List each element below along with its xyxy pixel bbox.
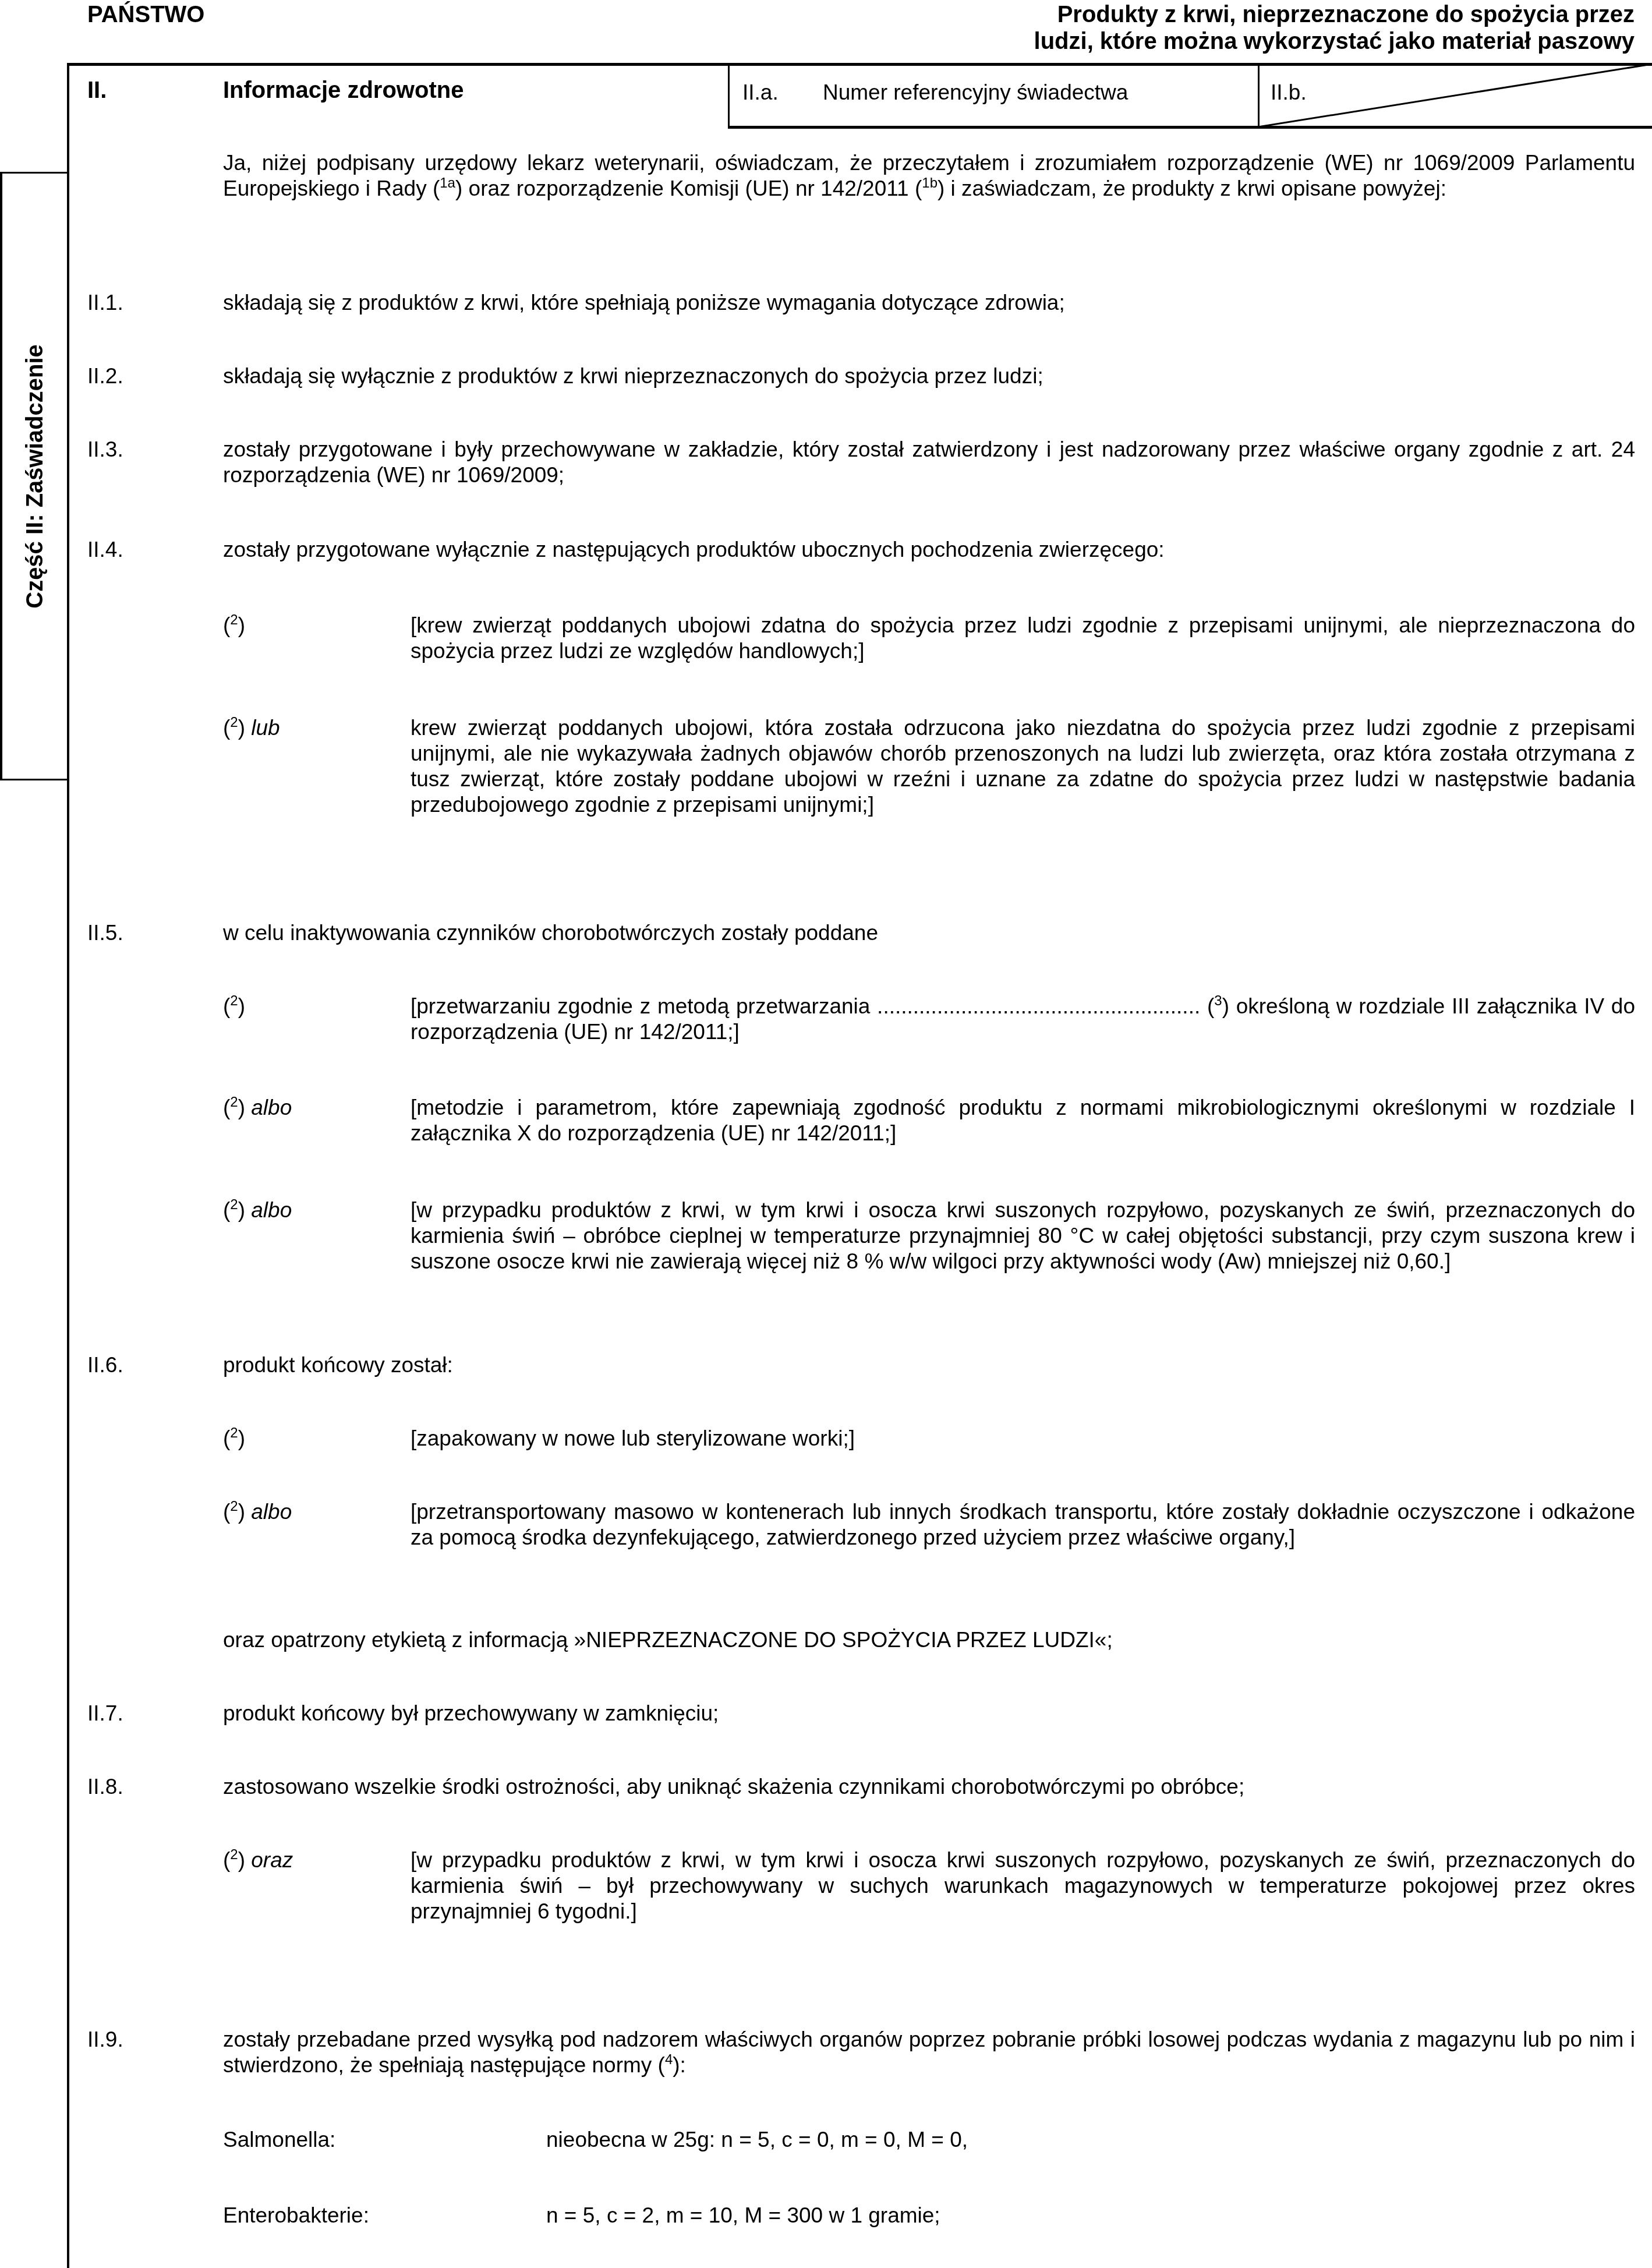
item-number: II.2. bbox=[87, 363, 123, 389]
item-text: zostały przebadane przed wysyłką pod nad… bbox=[223, 2027, 1635, 2078]
footnote-ref: 2 bbox=[230, 715, 238, 730]
item-text: zostały przygotowane wyłącznie z następu… bbox=[223, 537, 1635, 563]
side-part-box: Część II: Zaświadczenie bbox=[0, 172, 67, 780]
sub-item-text: [zapakowany w nowe lub sterylizowane wor… bbox=[411, 1426, 1635, 1451]
item-number: II.4. bbox=[87, 537, 123, 563]
document-title-line1: Produkty z krwi, nieprzeznaczone do spoż… bbox=[878, 1, 1635, 28]
sub-item-text: krew zwierząt poddanych ubojowi, która z… bbox=[411, 715, 1635, 818]
conjunction: lub bbox=[251, 716, 280, 740]
side-part-label: Część II: Zaświadczenie bbox=[22, 344, 48, 609]
document-title: Produkty z krwi, nieprzeznaczone do spoż… bbox=[878, 1, 1635, 55]
item-number: II.3. bbox=[87, 437, 123, 462]
frame-left-border bbox=[67, 63, 69, 2268]
sub-item-label: (2) bbox=[223, 1426, 245, 1451]
footnote-ref: 2 bbox=[230, 1847, 238, 1863]
item-text-part: ): bbox=[673, 2053, 686, 2077]
criterion-label: Salmonella: bbox=[223, 2127, 335, 2153]
label-requirement-text: oraz opatrzony etykietą z informacją »NI… bbox=[223, 1627, 1635, 1653]
ref-number-field-label: Numer referencyjny świadectwa bbox=[823, 80, 1128, 105]
conjunction: albo bbox=[251, 1096, 292, 1119]
conjunction: oraz bbox=[251, 1848, 293, 1872]
intro-text: ) i zaświadczam, że produkty z krwi opis… bbox=[938, 176, 1446, 200]
sub-item-text: [krew zwierząt poddanych ubojowi zdatna … bbox=[411, 613, 1635, 664]
sub-item-text: [w przypadku produktów z krwi, w tym krw… bbox=[411, 1847, 1635, 1924]
footnote-ref: 1b bbox=[922, 175, 938, 191]
header-cell-divider-a bbox=[728, 64, 730, 127]
item-text: produkt końcowy został: bbox=[223, 1352, 1635, 1378]
sub-item-label: (2) oraz bbox=[223, 1847, 293, 1873]
item-text: zostały przygotowane i były przechowywan… bbox=[223, 437, 1635, 488]
sub-item-text: [przetwarzaniu zgodnie z metodą przetwar… bbox=[411, 994, 1635, 1045]
footnote-ref: 2 bbox=[230, 1094, 238, 1110]
field-iib-label: II.b. bbox=[1271, 80, 1307, 105]
criterion-label: Enterobakterie: bbox=[223, 2203, 369, 2228]
criterion-value: n = 5, c = 2, m = 10, M = 300 w 1 gramie… bbox=[546, 2203, 940, 2228]
sub-item-text: [w przypadku produktów z krwi, w tym krw… bbox=[411, 1197, 1635, 1274]
sub-item-label: (2) bbox=[223, 994, 245, 1019]
sub-item-text-part: [przetwarzaniu zgodnie z metodą przetwar… bbox=[411, 994, 1214, 1018]
intro-text: ) oraz rozporządzenie Komisji (UE) nr 14… bbox=[455, 176, 922, 200]
footnote-ref: 4 bbox=[665, 2052, 673, 2068]
conjunction: albo bbox=[251, 1198, 292, 1222]
intro-paragraph: Ja, niżej podpisany urzędowy lekarz wete… bbox=[223, 150, 1635, 202]
footnote-ref: 1a bbox=[440, 175, 455, 191]
footnote-ref: 2 bbox=[230, 1425, 238, 1441]
footnote-ref: 2 bbox=[230, 612, 238, 628]
item-text: produkt końcowy był przechowywany w zamk… bbox=[223, 1701, 1635, 1726]
sub-item-label: (2) lub bbox=[223, 715, 280, 741]
item-number: II.7. bbox=[87, 1701, 123, 1726]
section-title: Informacje zdrowotne bbox=[223, 77, 464, 103]
criterion-value: nieobecna w 25g: n = 5, c = 0, m = 0, M … bbox=[546, 2127, 968, 2153]
sub-item-label: (2) albo bbox=[223, 1095, 292, 1121]
item-text: zastosowano wszelkie środki ostrożności,… bbox=[223, 1774, 1635, 1800]
item-text: składają się wyłącznie z produktów z krw… bbox=[223, 363, 1635, 389]
footnote-ref: 2 bbox=[230, 993, 238, 1009]
item-text-part: zostały przebadane przed wysyłką pod nad… bbox=[223, 2027, 1635, 2077]
item-text: w celu inaktywowania czynników chorobotw… bbox=[223, 920, 1635, 946]
item-number: II.6. bbox=[87, 1352, 123, 1378]
sub-item-label: (2) albo bbox=[223, 1197, 292, 1223]
footnote-ref: 2 bbox=[230, 1499, 238, 1514]
section-number: II. bbox=[87, 77, 107, 103]
item-number: II.5. bbox=[87, 920, 123, 946]
footnote-ref: 3 bbox=[1214, 993, 1222, 1009]
item-text: składają się z produktów z krwi, które s… bbox=[223, 290, 1635, 316]
document-title-line2: ludzi, które można wykorzystać jako mate… bbox=[878, 28, 1635, 55]
conjunction: albo bbox=[251, 1500, 292, 1524]
ref-number-field-number: II.a. bbox=[742, 80, 779, 105]
item-number: II.8. bbox=[87, 1774, 123, 1800]
sub-item-text: [metodzie i parametrom, które zapewniają… bbox=[411, 1095, 1635, 1146]
sub-item-label: (2) bbox=[223, 613, 245, 638]
sub-item-label: (2) albo bbox=[223, 1499, 292, 1525]
item-number: II.9. bbox=[87, 2027, 123, 2052]
country-label: PAŃSTWO bbox=[87, 1, 204, 28]
crossed-out-cell-diagonal bbox=[1258, 64, 1652, 127]
sub-item-text: [przetransportowany masowo w kontenerach… bbox=[411, 1499, 1635, 1550]
item-number: II.1. bbox=[87, 290, 123, 316]
footnote-ref: 2 bbox=[230, 1197, 238, 1213]
